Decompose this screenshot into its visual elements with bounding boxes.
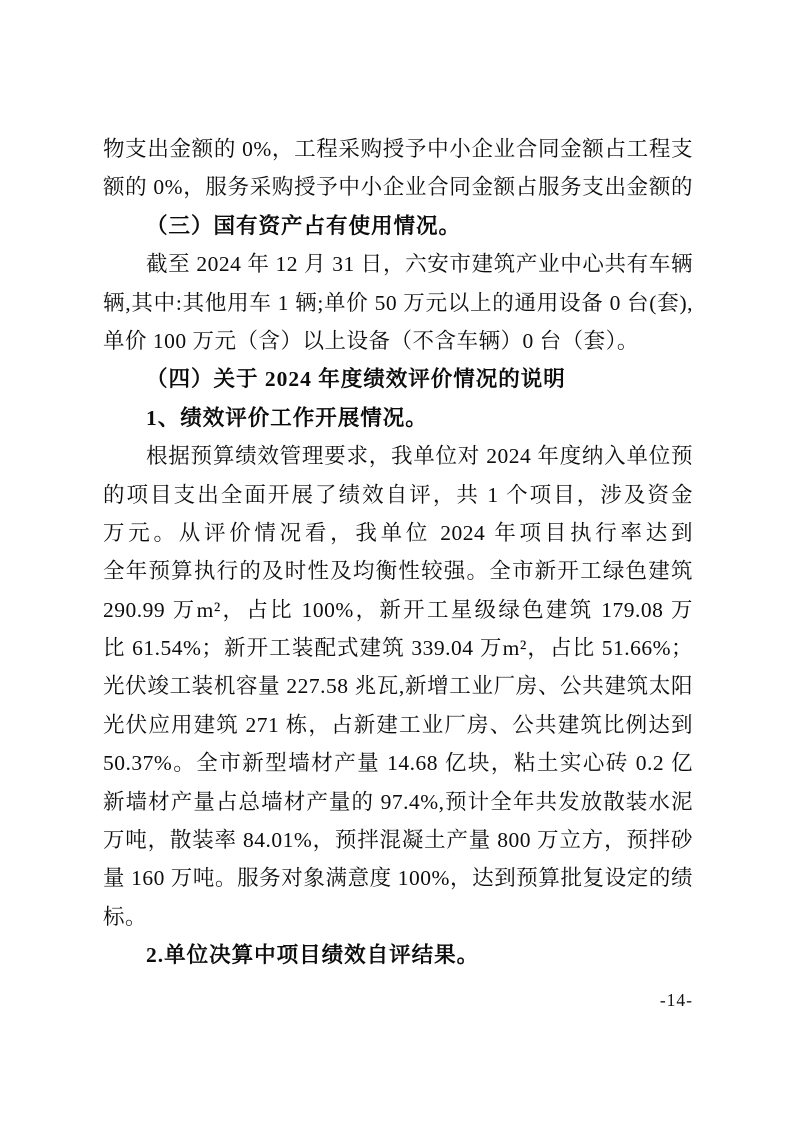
document-page: 物支出金额的 0%，工程采购授予中小企业合同金额占工程支出金 额的 0%，服务采… [0, 0, 793, 1122]
text-line: 290.99 万m²，占比 100%，新开工星级绿色建筑 179.08 万m²，… [103, 591, 693, 629]
text-line: 全年预算执行的及时性及均衡性较强。全市新开工绿色建筑 [103, 552, 693, 590]
text-line: 根据预算绩效管理要求，我单位对 2024 年度纳入单位预算 [103, 437, 693, 475]
page-number: -14- [660, 990, 693, 1011]
subheading-1: 1、绩效评价工作开展情况。 [103, 399, 693, 437]
text-line: 新墙材产量占总墙材产量的 97.4%,预计全年共发放散装水泥 190 [103, 783, 693, 821]
text-line: 万吨，散装率 84.01%，预拌混凝土产量 800 万立方，预拌砂浆产 [103, 821, 693, 859]
text-line: 单价 100 万元（含）以上设备（不含车辆）0 台（套）。 [103, 322, 693, 360]
section-heading-3: （三）国有资产占有使用情况。 [103, 207, 693, 245]
subheading-2: 2.单位决算中项目绩效自评结果。 [103, 936, 693, 974]
text-line: 截至 2024 年 12 月 31 日，六安市建筑产业中心共有车辆 1 [103, 245, 693, 283]
text-line: 额的 0%，服务采购授予中小企业合同金额占服务支出金额的 0%。 [103, 168, 693, 206]
text-line: 的项目支出全面开展了绩效自评，共 1 个项目，涉及资金 44.79 [103, 476, 693, 514]
text-line: 比 61.54%；新开工装配式建筑 339.04 万m²，占比 51.66%；建… [103, 629, 693, 667]
text-line: 量 160 万吨。服务对象满意度 100%，达到预算批复设定的绩效目 [103, 859, 693, 897]
text-line: 光伏应用建筑 271 栋，占新建工业厂房、公共建筑比例达到 [103, 706, 693, 744]
section-heading-4: （四）关于 2024 年度绩效评价情况的说明 [103, 360, 693, 398]
text-line: 50.37%。全市新型墙材产量 14.68 亿块，粘土实心砖 0.2 亿标块， [103, 744, 693, 782]
text-line: 标。 [103, 898, 693, 936]
text-line: 光伏竣工装机容量 227.58 兆瓦,新增工业厂房、公共建筑太阳能 [103, 667, 693, 705]
text-line: 万元。从评价情况看，我单位 2024 年项目执行率达到 98.82%, [103, 514, 693, 552]
document-text-block: 物支出金额的 0%，工程采购授予中小企业合同金额占工程支出金 额的 0%，服务采… [103, 130, 693, 975]
text-line: 辆,其中:其他用车 1 辆;单价 50 万元以上的通用设备 0 台(套), [103, 284, 693, 322]
text-line: 物支出金额的 0%，工程采购授予中小企业合同金额占工程支出金 [103, 130, 693, 168]
